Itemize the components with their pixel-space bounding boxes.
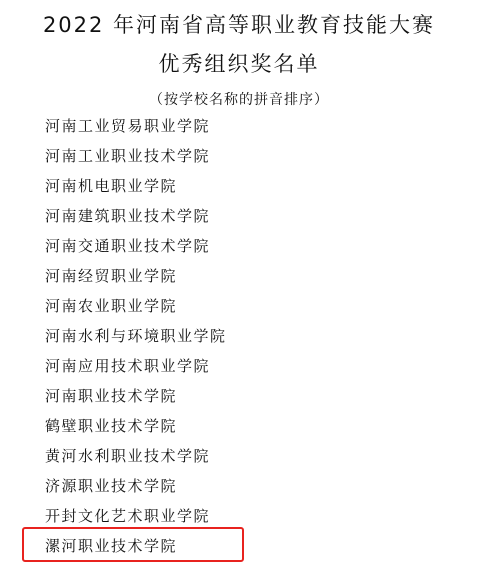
- list-item: 鹤壁职业技术学院: [45, 416, 227, 446]
- list-item: 济源职业技术学院: [45, 476, 227, 506]
- list-item: 河南机电职业学院: [45, 176, 227, 206]
- list-item: 河南职业技术学院: [45, 386, 227, 416]
- list-item: 河南建筑职业技术学院: [45, 206, 227, 236]
- list-item: 河南交通职业技术学院: [45, 236, 227, 266]
- list-item: 河南经贸职业学院: [45, 266, 227, 296]
- document-title: 2022 年河南省高等职业教育技能大赛: [0, 9, 478, 39]
- highlight-box: [22, 527, 244, 562]
- list-item: 河南工业贸易职业学院: [45, 116, 227, 146]
- list-item: 河南工业职业技术学院: [45, 146, 227, 176]
- list-item: 河南农业职业学院: [45, 296, 227, 326]
- list-item: 河南应用技术职业学院: [45, 356, 227, 386]
- sort-note: （按学校名称的拼音排序）: [0, 89, 478, 109]
- list-item: 黄河水利职业技术学院: [45, 446, 227, 476]
- list-item: 河南水利与环境职业学院: [45, 326, 227, 356]
- document-subtitle-heading: 优秀组织奖名单: [0, 48, 478, 78]
- school-list: 河南工业贸易职业学院 河南工业职业技术学院 河南机电职业学院 河南建筑职业技术学…: [45, 116, 227, 563]
